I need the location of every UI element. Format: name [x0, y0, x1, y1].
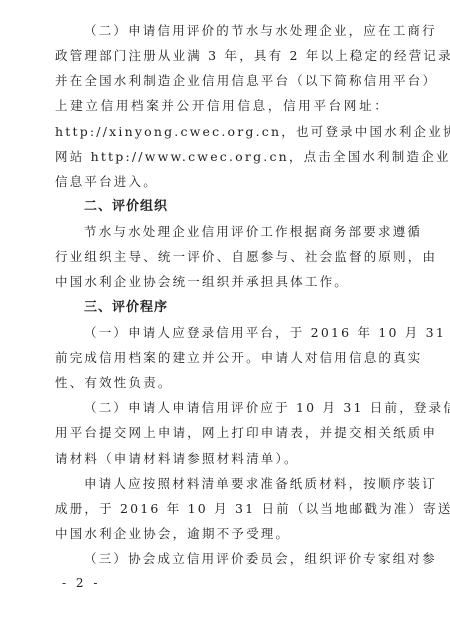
- text-line: 行业组织主导、统一评价、自愿参与、社会监督的原则，由: [55, 249, 389, 265]
- text-line: 性、有效性负责。: [55, 375, 389, 391]
- text-line: （二）申请人申请信用评价应于 10 月 31 日前，登录信: [84, 400, 389, 416]
- text-line: 信息平台进入。: [55, 174, 389, 190]
- text-line: 成册，于 2016 年 10 月 31 日前（以当地邮戳为准）寄送至: [55, 501, 389, 517]
- section-heading: 二、评价组织: [84, 199, 389, 215]
- text-line: 节水与水处理企业信用评价工作根据商务部要求遵循: [84, 224, 389, 240]
- text-line: 申请人应按照材料清单要求准备纸质材料，按顺序装订: [84, 476, 389, 492]
- text-line: （一）申请人应登录信用平台，于 2016 年 10 月 31 日: [84, 325, 389, 341]
- text-line: （三）协会成立信用评价委员会，组织评价专家组对参: [84, 551, 389, 567]
- text-line: http://xinyong.cwec.org.cn，也可登录中国水利企业协会: [55, 124, 389, 140]
- text-line: 网站 http://www.cwec.org.cn，点击全国水利制造企业信用: [55, 149, 389, 165]
- text-line: 并在全国水利制造企业信用信息平台（以下简称信用平台）: [55, 73, 389, 89]
- text-line: 中国水利企业协会统一组织并承担具体工作。: [55, 274, 389, 290]
- document-page: （二）申请信用评价的节水与水处理企业，应在工商行政管理部门注册从业满 3 年，具…: [0, 0, 450, 619]
- text-line: 上建立信用档案并公开信用信息，信用平台网址：: [55, 98, 389, 114]
- text-line: （二）申请信用评价的节水与水处理企业，应在工商行: [84, 23, 389, 39]
- text-line: 政管理部门注册从业满 3 年，具有 2 年以上稳定的经营记录，: [55, 48, 389, 64]
- text-line: 中国水利企业协会，逾期不予受理。: [55, 526, 389, 542]
- text-line: 前完成信用档案的建立并公开。申请人对信用信息的真实: [55, 350, 389, 366]
- page-number: - 2 -: [62, 576, 100, 590]
- text-line: 用平台提交网上申请，网上打印申请表，并提交相关纸质申: [55, 425, 389, 441]
- text-line: 请材料（申请材料请参照材料清单）。: [55, 451, 389, 467]
- section-heading: 三、评价程序: [84, 300, 389, 316]
